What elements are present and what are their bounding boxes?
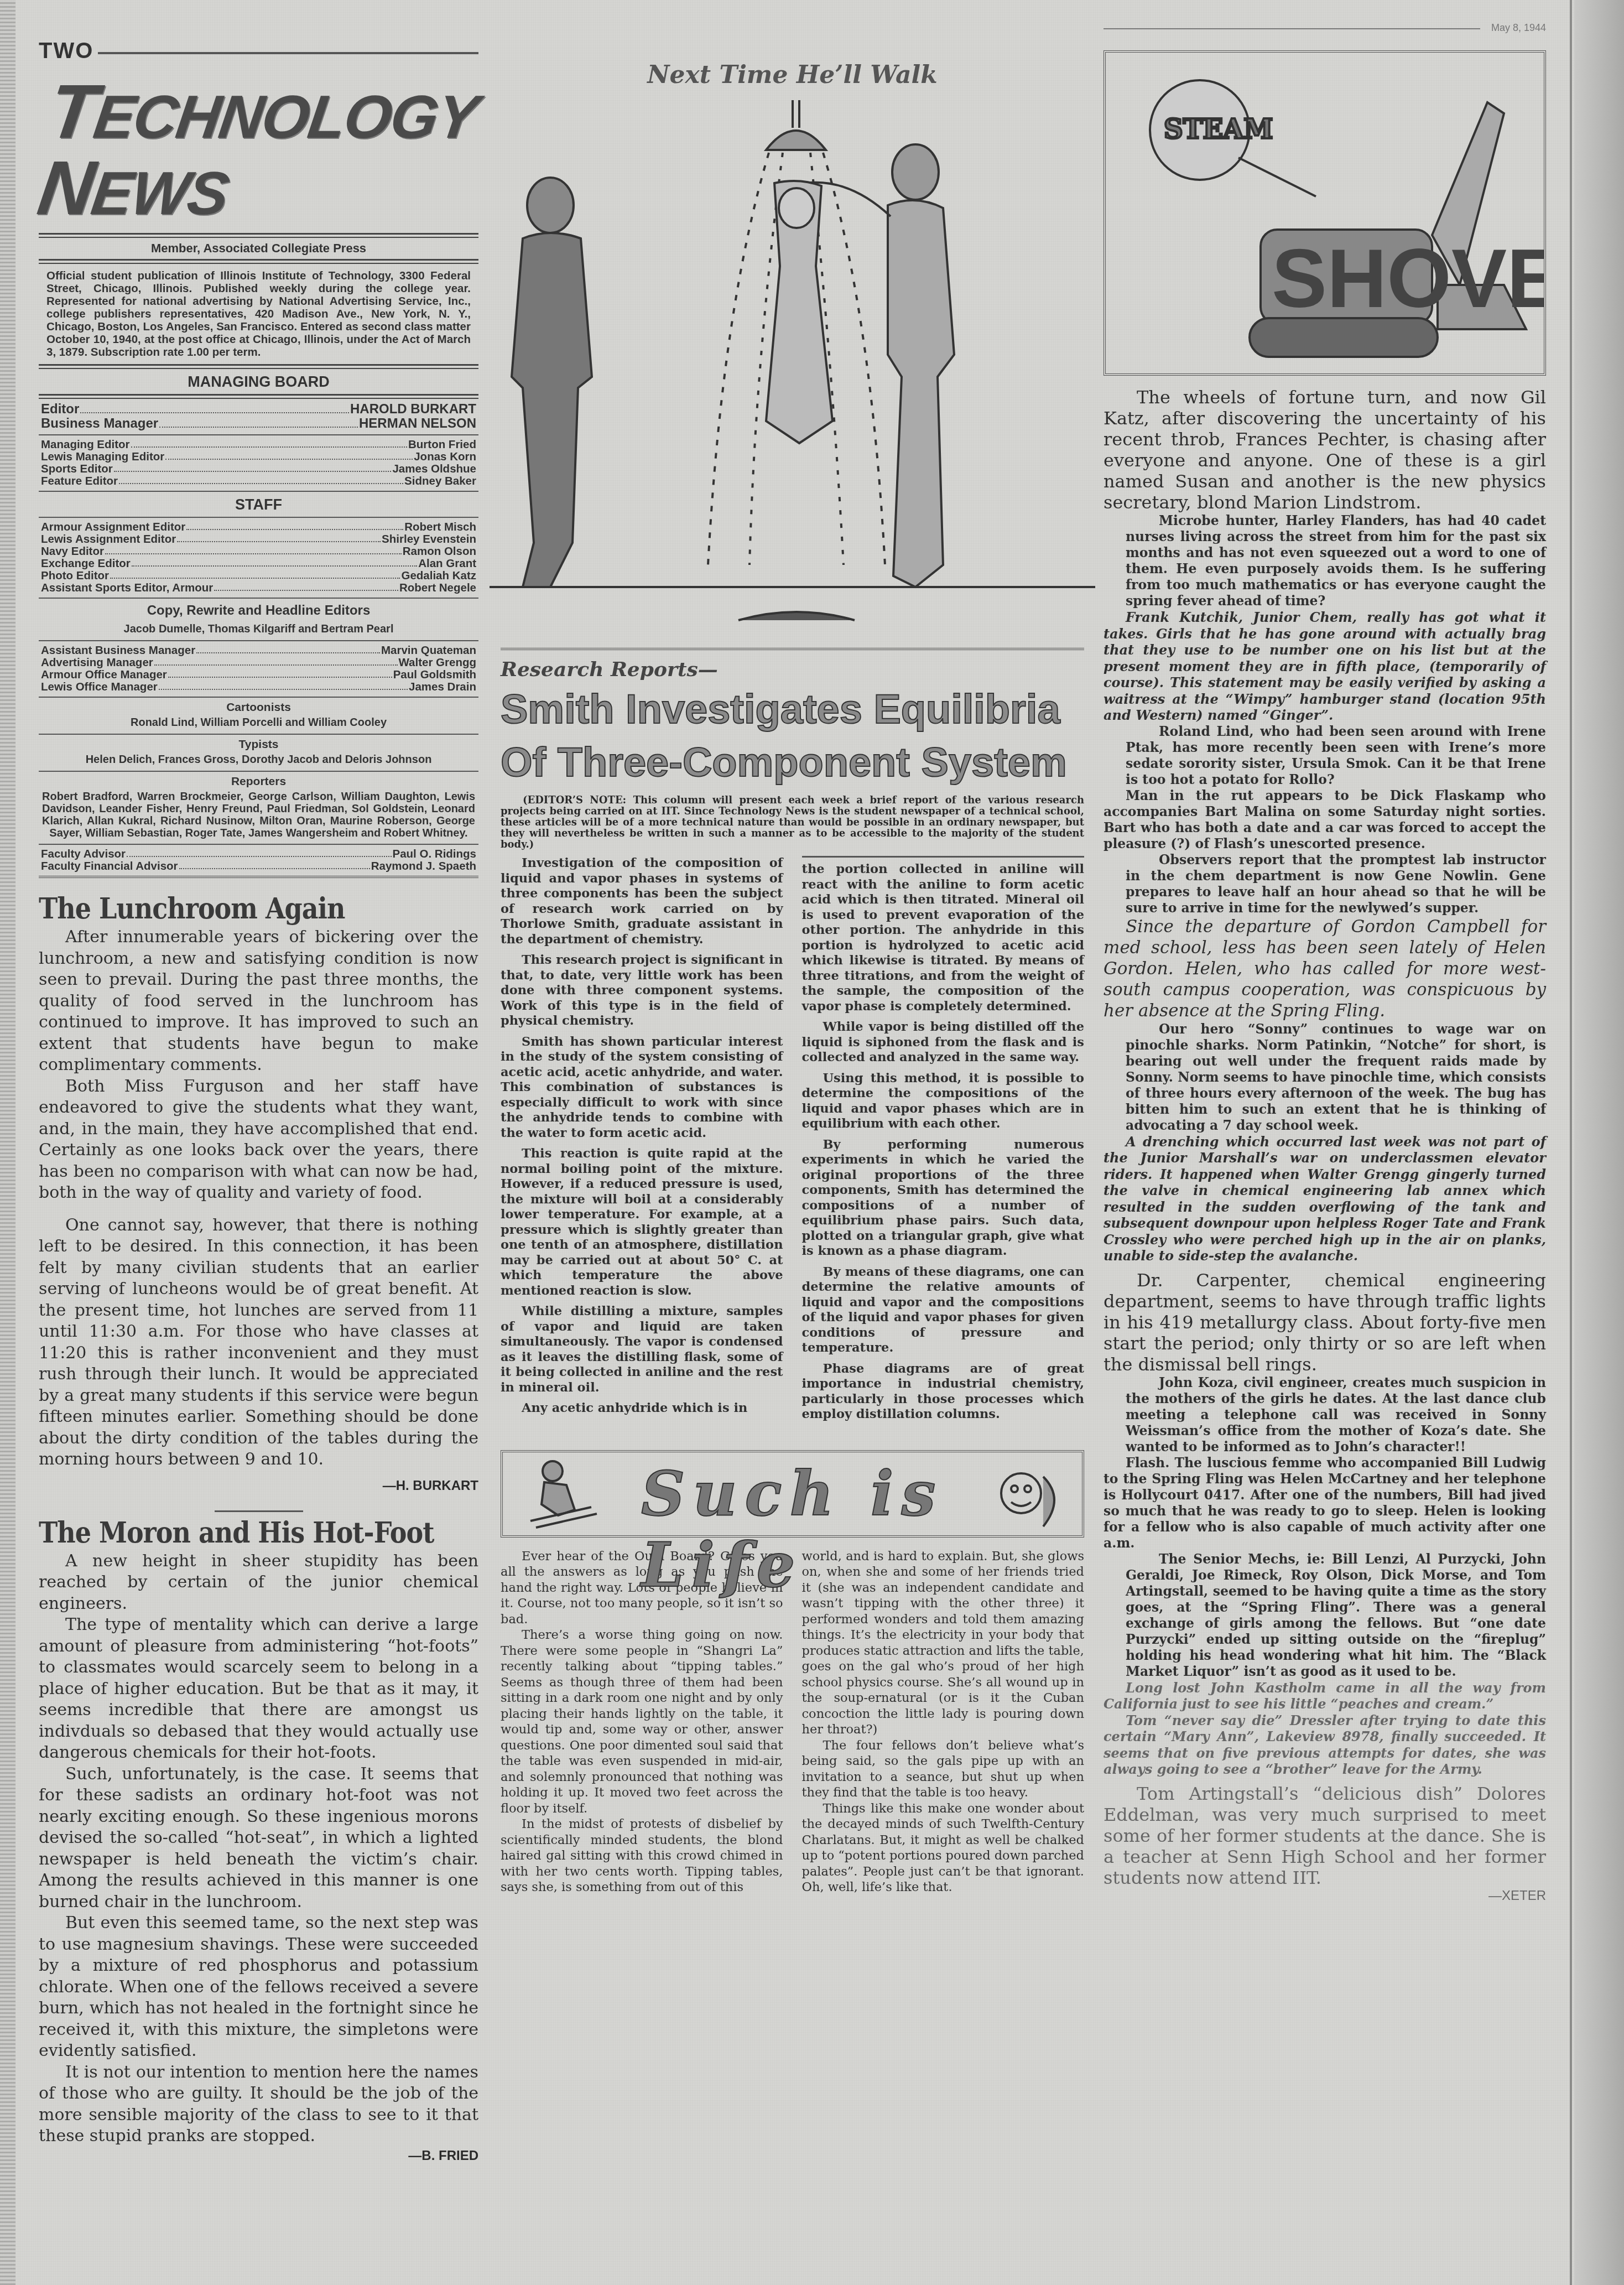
staff-row: Faculty AdvisorPaul O. Ridings	[41, 848, 476, 860]
typists-names: Helen Delich, Frances Gross, Dorothy Jac…	[39, 752, 478, 771]
article-paragraph: There’s a worse thing going on now. Ther…	[501, 1627, 783, 1816]
gossip-item: Observers report that the promptest lab …	[1126, 852, 1546, 916]
managing-board-heading: MANAGING BOARD	[39, 369, 478, 394]
staff-row: Armour Assignment EditorRobert Misch	[41, 521, 476, 533]
newspaper-page: TWO TECHNOLOGY NEWS Member, Associated C…	[0, 0, 1624, 2285]
article-body: Investigation of the composition of liqu…	[490, 856, 1095, 1428]
article-paragraph: the portion collected in aniline will re…	[802, 862, 1085, 1014]
article-paragraph: Any acetic anhydride which is in	[501, 1401, 783, 1416]
article-headline: Smith Investigates Equilibria	[501, 685, 1095, 733]
gossip-item: Tom “never say die” Dressler after tryin…	[1104, 1712, 1546, 1778]
article-paragraph: In the midst of protests of disbelief by…	[501, 1816, 783, 1895]
cartoonists-names: Ronald Lind, William Porcelli and Willia…	[39, 715, 478, 734]
gossip-item: Tom Artingstall’s “delicious dish” Dolor…	[1104, 1783, 1546, 1888]
gossip-item: Since the departure of Gordon Campbell f…	[1104, 916, 1546, 1021]
reporters-names: Robert Bradford, Warren Brockmeier, Geor…	[39, 790, 478, 844]
divider	[98, 52, 478, 54]
article-paragraph: Such, unfortunately, is the case. It see…	[39, 1764, 478, 1913]
divider	[1104, 28, 1480, 29]
cartoon-title: Next Time He’ll Walk	[490, 61, 1095, 89]
staff-row: Sports EditorJames Oldshue	[41, 463, 476, 475]
gossip-item: Dr. Carpenter, chemical engineering depa…	[1104, 1270, 1546, 1375]
article-paragraph: Smith has shown particular interest in t…	[501, 1035, 783, 1141]
article-title: The Lunchroom Again	[39, 892, 478, 925]
gossip-item: Man in the rut appears to be Dick Flaska…	[1104, 788, 1546, 852]
advisors-list: Faculty AdvisorPaul O. Ridings Faculty F…	[39, 845, 478, 876]
gossip-item: Frank Kutchik, Junior Chem, really has g…	[1104, 609, 1546, 724]
divider	[215, 1510, 303, 1512]
cartoon-face-icon	[982, 1455, 1071, 1532]
staff-row: Lewis Managing EditorJonas Korn	[41, 451, 476, 463]
masthead-title: TECHNOLOGY NEWS	[34, 74, 490, 226]
gossip-item: Microbe hunter, Harley Flanders, has had…	[1126, 513, 1546, 609]
article-paragraph: But even this seemed tame, so the next s…	[39, 1913, 478, 2062]
article-paragraph: Using this method, it is possible to det…	[802, 1071, 1085, 1132]
page-number: TWO	[39, 39, 93, 64]
gossip-column: The wheels of fortune turn, and now Gil …	[1104, 376, 1546, 1904]
date-line: May 8, 1944	[1104, 22, 1546, 34]
business-list: Assistant Business ManagerMarvin Quatema…	[39, 641, 478, 697]
page-number-line: TWO	[39, 39, 478, 64]
reporters-heading: Reporters	[39, 772, 478, 790]
gossip-item: The Senior Mechs, ie: Bill Lenzi, Al Pur…	[1126, 1551, 1546, 1680]
such-is-life-banner: Such is Life	[501, 1450, 1084, 1538]
column-label: Research Reports—	[501, 658, 1095, 681]
editors-note: (EDITOR’S NOTE: This column will present…	[490, 792, 1095, 856]
managing-board-list: EditorHAROLD BURKART Business ManagerHER…	[39, 399, 478, 434]
page-edge-left	[0, 0, 15, 2285]
member-line: Member, Associated Collegiate Press	[39, 238, 478, 259]
gossip-item: Long lost John Kastholm came in all the …	[1104, 1680, 1546, 1712]
svg-text:SHOVEL: SHOVEL	[1272, 232, 1544, 325]
article-paragraph: By performing numerous experiments in wh…	[802, 1138, 1085, 1259]
article-paragraph: Things like this make one wonder about t…	[802, 1801, 1085, 1895]
such-is-life-column: Such is Life Ever hear of the Ouiji Boar…	[490, 1450, 1095, 1895]
masthead-column: TWO TECHNOLOGY NEWS Member, Associated C…	[39, 39, 478, 2165]
article-paragraph: By means of these diagrams, one can dete…	[802, 1265, 1085, 1356]
divider	[39, 394, 478, 399]
staff-row: Assistant Business ManagerMarvin Quatema…	[41, 645, 476, 657]
shower-cartoon-icon	[490, 89, 1095, 648]
gossip-item: A drenching which occurred last week was…	[1104, 1134, 1546, 1264]
staff-row: Business ManagerHERMAN NELSON	[41, 417, 476, 431]
article-paragraph: While distilling a mixture, samples of v…	[501, 1304, 783, 1395]
column-body: Ever hear of the Ouiji Board? Gives you …	[490, 1549, 1095, 1895]
svg-text:STEAM: STEAM	[1164, 114, 1273, 145]
gossip-item: John Koza, civil engineer, creates much …	[1126, 1375, 1546, 1455]
article-paragraph: Phase diagrams are of great importance i…	[802, 1362, 1085, 1422]
steam-shovel-logo: STEAM SHOVEL	[1104, 50, 1546, 376]
cartoonists-heading: Cartoonists	[39, 698, 478, 715]
gossip-item: Flash. The luscious femme who accompanie…	[1104, 1455, 1546, 1551]
divider	[39, 233, 478, 238]
editorial-lunchroom: The Lunchroom Again After innumerable ye…	[39, 894, 478, 1494]
staff-row: Lewis Assignment EditorShirley Evenstein	[41, 533, 476, 546]
article-signature: —H. BURKART	[39, 1478, 478, 1494]
article-title: The Moron and His Hot-Foot	[39, 1515, 478, 1549]
article-signature: —B. FRIED	[39, 2148, 478, 2164]
article-paragraph: It is not our intention to mention here …	[39, 2062, 478, 2147]
steam-shovel-column: May 8, 1944 STEAM SHOVEL The wheels of f…	[1104, 22, 1546, 1904]
article-column: world, and is hard to explain. But, she …	[802, 1549, 1085, 1895]
divider	[39, 259, 478, 264]
article-paragraph: One cannot say, however, that there is n…	[39, 1215, 478, 1471]
divider	[501, 648, 1084, 650]
staff-list: Armour Assignment EditorRobert Misch Lew…	[39, 518, 478, 598]
article-column: Ever hear of the Ouiji Board? Gives you …	[501, 1549, 783, 1895]
staff-row: Faculty Financial AdvisorRaymond J. Spae…	[41, 860, 476, 873]
research-reports-article: Research Reports— Smith Investigates Equ…	[490, 658, 1095, 1428]
cartoon-illustration	[490, 89, 1095, 648]
article-paragraph: This reaction is quite rapid at the norm…	[501, 1146, 783, 1299]
article-column: the portion collected in aniline will re…	[802, 856, 1085, 1428]
article-paragraph: Investigation of the composition of liqu…	[501, 856, 783, 947]
staff-row: Advertising ManagerWalter Grengg	[41, 657, 476, 669]
article-paragraph: The four fellows don’t believe what’s be…	[802, 1738, 1085, 1801]
staff-row: Photo EditorGedaliah Katz	[41, 570, 476, 582]
article-paragraph: A new height in sheer stupidity has been…	[39, 1551, 478, 1615]
skier-icon	[514, 1455, 624, 1532]
page-edge-right	[1574, 0, 1624, 2285]
staff-row: Armour Office ManagerPaul Goldsmith	[41, 669, 476, 681]
publication-info: Official student publication of Illinois…	[39, 264, 478, 364]
center-column: Next Time He’ll Walk	[490, 39, 1095, 1895]
copy-editors-heading: Copy, Rewrite and Headline Editors	[39, 599, 478, 622]
issue-date: May 8, 1944	[1491, 22, 1546, 34]
gossip-item: The wheels of fortune turn, and now Gil …	[1104, 387, 1546, 513]
gossip-item: Roland Lind, who had been seen around wi…	[1126, 724, 1546, 788]
article-paragraph: While vapor is being distilled off the l…	[802, 1020, 1085, 1066]
staff-row: Lewis Office ManagerJames Drain	[41, 681, 476, 693]
steam-shovel-icon: STEAM SHOVEL	[1106, 53, 1544, 369]
article-paragraph: The type of mentality which can derive a…	[39, 1614, 478, 1764]
editorial-hot-foot: The Moron and His Hot-Foot A new height …	[39, 1518, 478, 2164]
typists-heading: Typists	[39, 735, 478, 752]
staff-row: Assistant Sports Editor, ArmourRobert Ne…	[41, 582, 476, 594]
column-signature: —XETER	[1104, 1888, 1546, 1904]
staff-row: Navy EditorRamon Olson	[41, 546, 476, 558]
article-paragraph: Both Miss Furguson and her staff have en…	[39, 1076, 478, 1204]
staff-row: Managing EditorBurton Fried	[41, 439, 476, 451]
staff-row: Exchange EditorAlan Grant	[41, 558, 476, 570]
article-paragraph: This research project is significant in …	[501, 953, 783, 1029]
copy-editors-names: Jacob Dumelle, Thomas Kilgariff and Bert…	[39, 622, 478, 640]
staff-heading: STAFF	[39, 492, 478, 517]
staff-row: EditorHAROLD BURKART	[41, 402, 476, 417]
page-fold-line	[1570, 0, 1572, 2285]
article-headline: Of Three-Component System	[501, 739, 1095, 786]
editors-list: Managing EditorBurton Fried Lewis Managi…	[39, 435, 478, 491]
divider	[39, 876, 478, 878]
gossip-item: Our hero “Sonny” continues to wage war o…	[1126, 1021, 1546, 1134]
divider	[39, 364, 478, 369]
staff-row: Feature EditorSidney Baker	[41, 475, 476, 487]
article-column: Investigation of the composition of liqu…	[501, 856, 783, 1428]
article-paragraph: After innumerable years of bickering ove…	[39, 927, 478, 1076]
